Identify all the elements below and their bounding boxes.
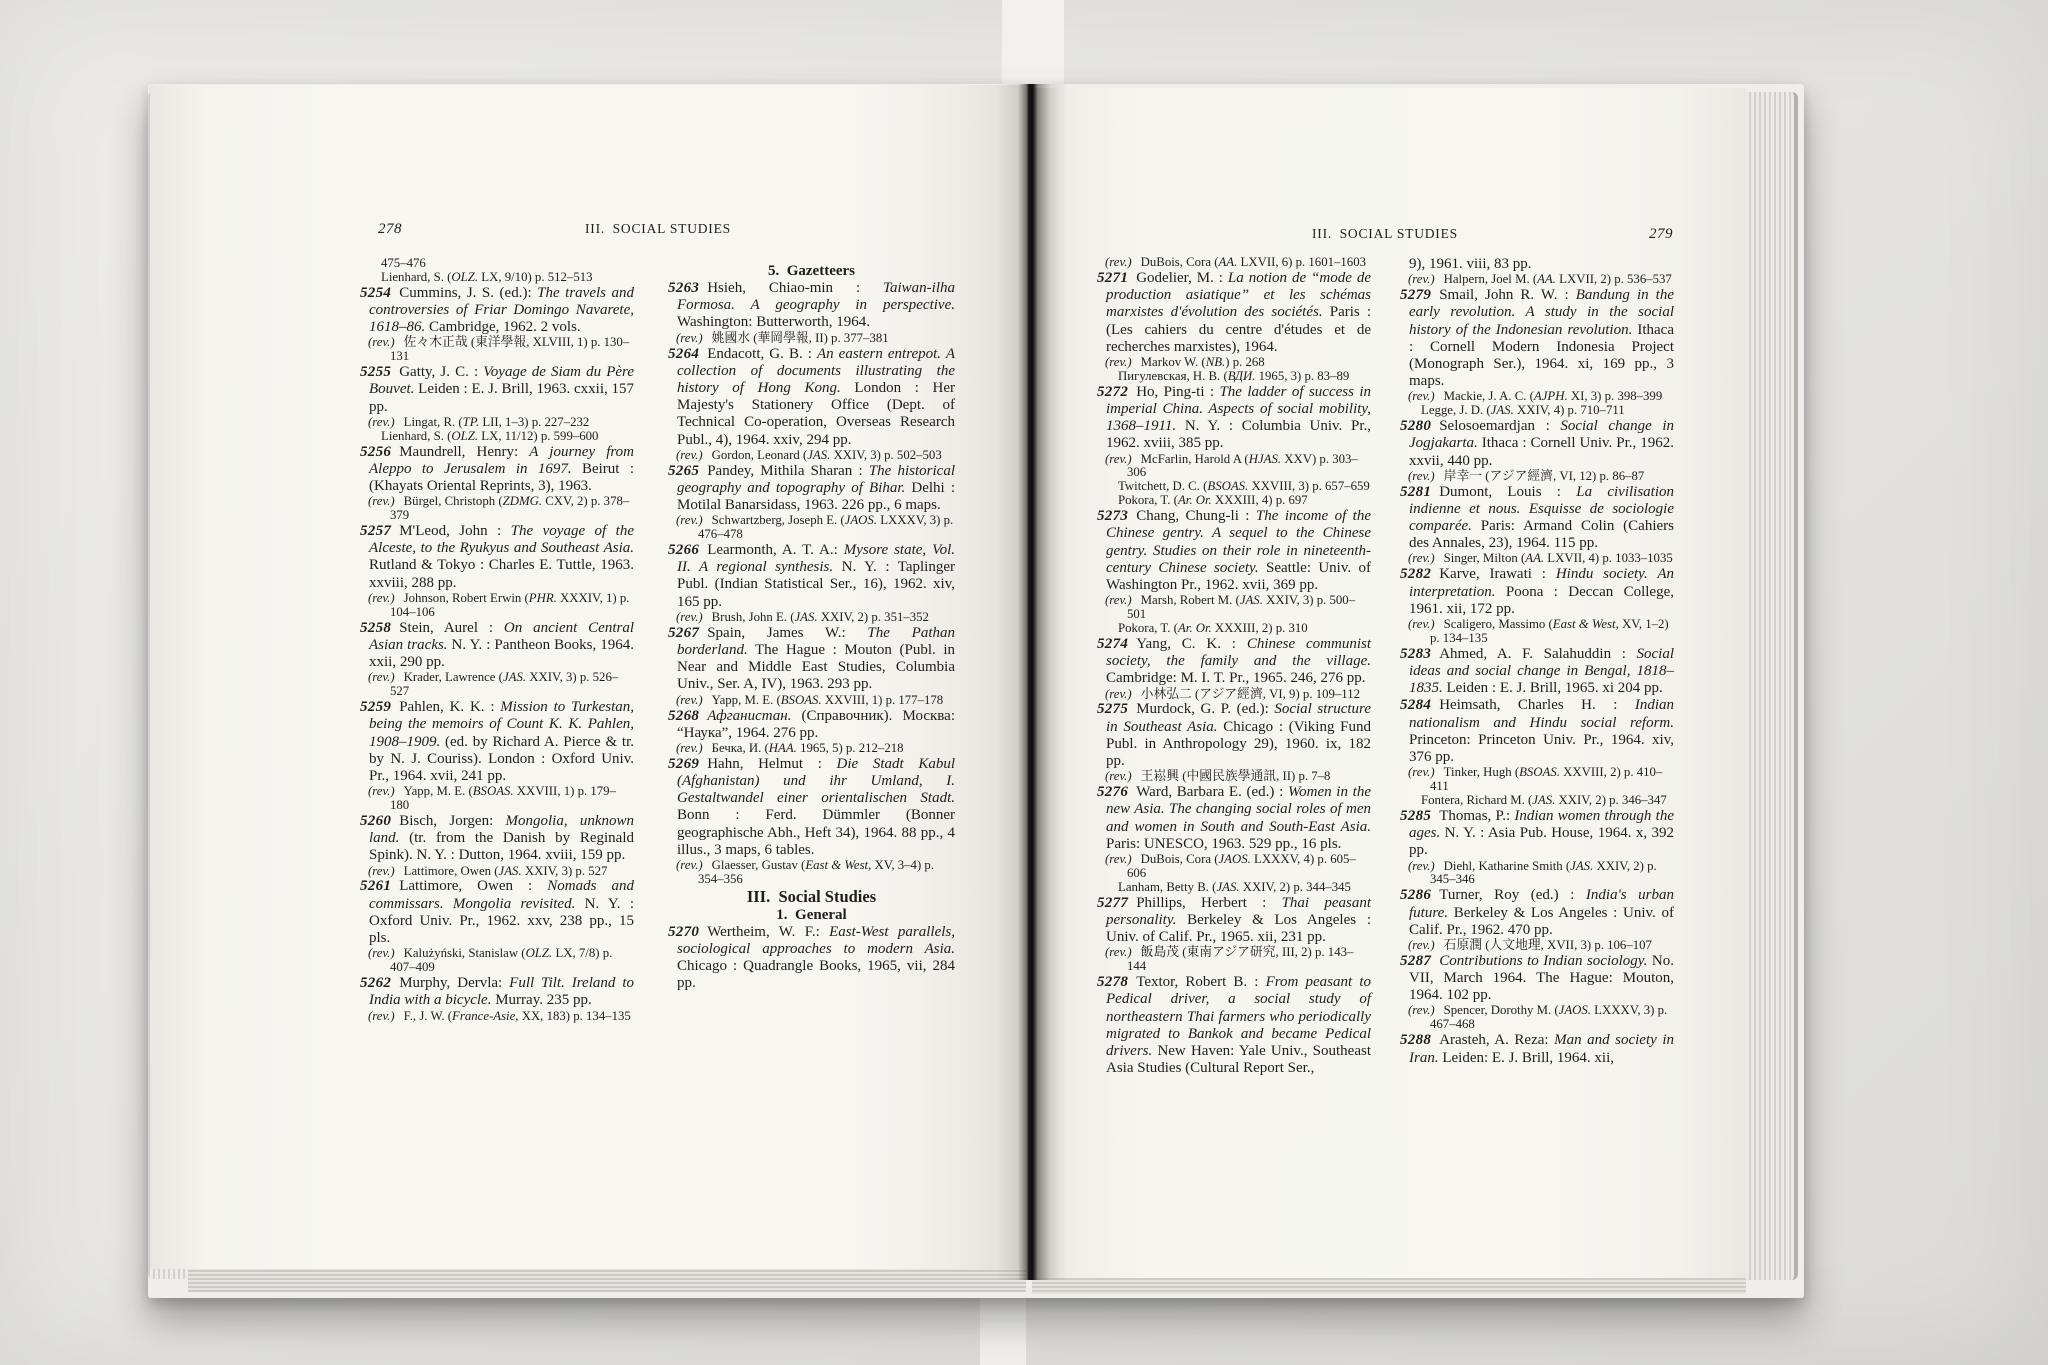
running-head: III. SOCIAL STUDIES (1097, 226, 1673, 242)
review-tag: (rev.) (1408, 938, 1435, 952)
review-line: (rev.)Spencer, Dorothy M. (JAOS. LXXXV, … (1400, 1004, 1674, 1032)
text-run: (tr. from the Danish by Reginald Spink).… (369, 830, 634, 863)
page-edge-stack-bottom-left (188, 1268, 1026, 1292)
italic-text: JAS. (1532, 793, 1555, 807)
bib-entry-5283: 5283Ahmed, A. F. Salahuddin : Social ide… (1400, 646, 1674, 698)
bib-entry-5266: 5266Learmonth, A. T. A.: Mysore state, V… (668, 542, 955, 611)
text-run: Diehl, Katharine Smith ( (1444, 859, 1571, 873)
bib-entry-5273: 5273Chang, Chung-li : The income of the … (1097, 508, 1371, 594)
text-run: Kalużyński, Stanislaw ( (404, 946, 526, 960)
entry-number: 5263 (668, 280, 699, 296)
entry-number: 5274 (1097, 636, 1128, 652)
review-line: (rev.)McFarlin, Harold A (HJAS. XXV) p. … (1097, 453, 1371, 481)
entry-number: 5260 (360, 813, 391, 829)
entry-number: 5275 (1097, 701, 1128, 717)
entry-number: 5277 (1097, 895, 1128, 911)
text-run: Heimsath, Charles H. : (1439, 697, 1635, 713)
italic-text: JAS. (503, 670, 526, 684)
book-photo: 278 III. SOCIAL STUDIES 475–476Lienhard,… (0, 0, 2048, 1365)
text-run: Princeton: Princeton Univ. Pr., 1964. xi… (1409, 732, 1674, 765)
italic-text: TP. (463, 415, 479, 429)
text-run: Mackie, J. A. C. ( (1444, 389, 1534, 403)
text-run: 5. Gazetteers (768, 263, 855, 279)
review-line: (rev.)Mackie, J. A. C. (AJPH. XI, 3) p. … (1400, 390, 1674, 404)
text-run: 飯島茂 (東南アジア研究, III, 2) p. 143–144 (1127, 945, 1353, 973)
text-run: Karve, Irawati : (1439, 566, 1556, 582)
review-line: Lienhard, S. (OLZ. LX, 9/10) p. 512–513 (360, 271, 634, 285)
bib-entry-5288: 5288Arasteh, A. Reza: Man and society in… (1400, 1032, 1674, 1066)
review-line: (rev.)F., J. W. (France-Asie, XX, 183) p… (360, 1010, 634, 1024)
text-run: Godelier, M. : (1136, 270, 1228, 286)
review-line: Fontera, Richard M. (JAS. XXIV, 2) p. 34… (1400, 794, 1674, 808)
review-line: (rev.)Marsh, Robert M. (JAS. XXIV, 3) p.… (1097, 594, 1371, 622)
page-edge-stack-bottom-right (1032, 1276, 1746, 1294)
bib-entry-5267: 5267Spain, James W.: The Pathan borderla… (668, 625, 955, 694)
text-run: Wertheim, W. F.: (707, 924, 829, 940)
open-book: 278 III. SOCIAL STUDIES 475–476Lienhard,… (148, 84, 1804, 1298)
review-line: 475–476 (360, 257, 634, 271)
right-page-column-2: 9), 1961. viii, 83 pp.(rev.)Halpern, Joe… (1400, 256, 1674, 1067)
text-run: Bisch, Jorgen: (399, 813, 505, 829)
text-run: Leiden: E. J. Brill, 1964. xii, (1439, 1050, 1614, 1066)
text-run: Murphy, Dervla: (399, 975, 509, 991)
text-run: Ahmed, A. F. Salahuddin : (1439, 646, 1636, 662)
bib-entry-5287: 5287Contributions to Indian sociology. N… (1400, 953, 1674, 1005)
text-run: Fontera, Richard M. ( (1421, 793, 1532, 807)
review-line: Пигулевская, Н. В. (ВДИ. 1965, 3) p. 83–… (1097, 370, 1371, 384)
bib-entry-5257: 5257M'Leod, John : The voyage of the Alc… (360, 523, 634, 592)
review-tag: (rev.) (676, 513, 703, 527)
text-run: XX, 183) p. 134–135 (519, 1009, 631, 1023)
review-tag: (rev.) (676, 741, 703, 755)
text-run: Maundrell, Henry: (399, 444, 529, 460)
text-run: DuBois, Cora ( (1141, 255, 1219, 269)
text-run: LXVII, 4) p. 1033–1035 (1544, 551, 1673, 565)
text-run: Schwartzberg, Joseph E. ( (712, 513, 845, 527)
review-line: (rev.)DuBois, Cora (JAOS. LXXXV, 4) p. 6… (1097, 853, 1371, 881)
text-run: 小林弘二 (アジア經濟, VI, 9) p. 109–112 (1141, 687, 1360, 701)
review-line: (rev.)Singer, Milton (AA. LXVII, 4) p. 1… (1400, 552, 1674, 566)
entry-number: 5288 (1400, 1032, 1431, 1048)
text-run: Singer, Milton ( (1444, 551, 1526, 565)
text-run: Scaligero, Massimo ( (1444, 617, 1553, 631)
review-line: Pokora, T. (Ar. Or. XXXIII, 4) p. 697 (1097, 494, 1371, 508)
entry-number: 5286 (1400, 887, 1431, 903)
text-run: Yang, C. K. : (1136, 636, 1247, 652)
text-run: Chicago : Quadrangle Books, 1965, vii, 2… (677, 958, 955, 991)
text-run: XXIV, 2) p. 351–352 (818, 610, 929, 624)
entry-number: 5287 (1400, 953, 1431, 969)
text-run: Glaesser, Gustav ( (712, 858, 806, 872)
text-run: Hahn, Helmut : (707, 756, 836, 772)
entry-number: 5267 (668, 625, 699, 641)
text-run: Hsieh, Chiao-min : (707, 280, 883, 296)
text-run: Washington: Butterworth, 1964. (677, 314, 870, 330)
text-run: Halpern, Joel M. ( (1444, 272, 1537, 286)
bib-entry-5258: 5258Stein, Aurel : On ancient Central As… (360, 620, 634, 672)
review-line: (rev.)Yapp, M. E. (BSOAS. XXVIII, 1) p. … (668, 694, 955, 708)
italic-text: OLZ. (451, 429, 478, 443)
text-run: Бечка, И. ( (712, 741, 769, 755)
review-line: (rev.)姚國水 (華岡學報, II) p. 377–381 (668, 332, 955, 346)
text-run: Chang, Chung-li : (1136, 508, 1256, 524)
review-line: (rev.)Markov W. (NB.) p. 268 (1097, 356, 1371, 370)
text-run: XXXIII, 2) p. 310 (1212, 621, 1308, 635)
review-line: (rev.)Kalużyński, Stanislaw (OLZ. LX, 7/… (360, 947, 634, 975)
text-run: XXIV, 2) p. 344–345 (1240, 880, 1351, 894)
subsection-heading: 1. General (668, 907, 955, 924)
review-line: Pokora, T. (Ar. Or. XXXIII, 2) p. 310 (1097, 622, 1371, 636)
entry-number: 5265 (668, 463, 699, 479)
review-tag: (rev.) (1408, 765, 1435, 779)
review-line: (rev.)Johnson, Robert Erwin (PHR. XXXIV,… (360, 592, 634, 620)
text-run: Gatty, J. C. : (399, 364, 483, 380)
text-run: Lienhard, S. ( (381, 270, 451, 284)
text-run: LII, 1–3) p. 227–232 (479, 415, 589, 429)
italic-text: JAS. (794, 610, 817, 624)
italic-text: OLZ. (451, 270, 478, 284)
review-tag: (rev.) (676, 331, 703, 345)
page-edge-stack-right (1746, 92, 1798, 1280)
text-run: 475–476 (381, 256, 426, 270)
bib-entry-5271: 5271Godelier, M. : La notion de “mode de… (1097, 270, 1371, 356)
review-line: Lanham, Betty B. (JAS. XXIV, 2) p. 344–3… (1097, 881, 1371, 895)
bib-entry-5272: 5272Ho, Ping-ti : The ladder of success … (1097, 384, 1371, 453)
italic-text: NB. (1206, 355, 1226, 369)
bib-entry-5281: 5281Dumont, Louis : La civilisation indi… (1400, 484, 1674, 553)
entry-number: 5273 (1097, 508, 1128, 524)
text-run: XXIV, 4) p. 710–711 (1514, 403, 1625, 417)
text-run: Pandey, Mithila Sharan : (707, 463, 869, 479)
review-tag: (rev.) (676, 448, 703, 462)
text-run: DuBois, Cora ( (1141, 852, 1219, 866)
review-line: (rev.)小林弘二 (アジア經濟, VI, 9) p. 109–112 (1097, 688, 1371, 702)
review-line: (rev.)Gordon, Leonard (JAS. XXIV, 3) p. … (668, 449, 955, 463)
entry-number: 5262 (360, 975, 391, 991)
review-tag: (rev.) (368, 1009, 395, 1023)
bib-entry-5256: 5256Maundrell, Henry: A journey from Ale… (360, 444, 634, 496)
bib-entry-5269: 5269Hahn, Helmut : Die Stadt Kabul (Afgh… (668, 756, 955, 859)
entry-number: 5276 (1097, 784, 1128, 800)
review-tag: (rev.) (1105, 452, 1132, 466)
review-line: (rev.)王崧興 (中國民族學通訊, II) p. 7–8 (1097, 770, 1371, 784)
text-run: XI, 3) p. 398–399 (1568, 389, 1663, 403)
bib-entry-5278: 5278Textor, Robert B. : From peasant to … (1097, 974, 1371, 1077)
entry-number: 5281 (1400, 484, 1431, 500)
italic-text: Ar. Or. (1178, 621, 1212, 635)
review-line: (rev.)飯島茂 (東南アジア研究, III, 2) p. 143–144 (1097, 946, 1371, 974)
bib-entry-5260: 5260Bisch, Jorgen: Mongolia, unknown lan… (360, 813, 634, 865)
text-run: 岸幸一 (アジア經濟, VI, 12) p. 86–87 (1444, 469, 1645, 483)
italic-text: AA. (1525, 551, 1544, 565)
text-run: Gordon, Leonard ( (712, 448, 808, 462)
text-run: XXVIII, 3) p. 657–659 (1248, 479, 1370, 493)
text-run: Turner, Roy (ed.) : (1439, 887, 1586, 903)
text-run: 1965, 5) p. 212–218 (797, 741, 904, 755)
entry-number: 5254 (360, 285, 391, 301)
review-tag: (rev.) (1408, 272, 1435, 286)
review-line: Lienhard, S. (OLZ. LX, 11/12) p. 599–600 (360, 430, 634, 444)
review-line: (rev.)DuBois, Cora (AA. LXVII, 6) p. 160… (1097, 256, 1371, 270)
page-left: 278 III. SOCIAL STUDIES 475–476Lienhard,… (150, 85, 1026, 1269)
italic-text: PHR. (529, 591, 557, 605)
italic-text: AA. (1218, 255, 1237, 269)
entry-number: 5256 (360, 444, 391, 460)
review-line: (rev.)佐々木正哉 (東洋學報, XLVIII, 1) p. 130–131 (360, 336, 634, 364)
text-run: Learmonth, A. T. A.: (707, 542, 844, 558)
text-run: Cambridge, 1962. 2 vols. (425, 319, 580, 335)
text-run: Ward, Barbara E. (ed.) : (1136, 784, 1288, 800)
text-run: Endacott, G. B. : (707, 346, 817, 362)
text-run: 1965, 3) p. 83–89 (1255, 369, 1349, 383)
text-run: 1. General (776, 907, 846, 923)
review-line: (rev.)Lattimore, Owen (JAS. XXIV, 3) p. … (360, 865, 634, 879)
bib-entry-5285: 5285Thomas, P.: Indian women through the… (1400, 808, 1674, 860)
italic-text: JAS. (1491, 403, 1514, 417)
text-run: 姚國水 (華岡學報, II) p. 377–381 (712, 331, 889, 345)
text-run: M'Leod, John : (399, 523, 510, 539)
review-line: (rev.)石原潤 (人文地理, XVII, 3) p. 106–107 (1400, 939, 1674, 953)
text-run: Lienhard, S. ( (381, 429, 451, 443)
text-run: LXVII, 2) p. 536–537 (1556, 272, 1672, 286)
text-run: Phillips, Herbert : (1136, 895, 1281, 911)
text-run: Smail, John R. W. : (1439, 287, 1576, 303)
text-run: Murray. 235 pp. (491, 992, 591, 1008)
text-run: McFarlin, Harold A ( (1141, 452, 1249, 466)
text-run: F., J. W. ( (404, 1009, 452, 1023)
review-line: Twitchett, D. C. (BSOAS. XXVIII, 3) p. 6… (1097, 480, 1371, 494)
bib-entry-5264: 5264Endacott, G. B. : An eastern entrepo… (668, 346, 955, 449)
text-run: 石原潤 (人文地理, XVII, 3) p. 106–107 (1444, 938, 1652, 952)
text-run: Lattimore, Owen ( (404, 864, 499, 878)
review-tag: (rev.) (368, 415, 395, 429)
review-tag: (rev.) (368, 784, 395, 798)
review-tag: (rev.) (1105, 687, 1132, 701)
italic-text: JAS. (807, 448, 830, 462)
bib-entry-5261: 5261Lattimore, Owen : Nomads and commiss… (360, 878, 634, 947)
text-run: Leiden : E. J. Brill, 1965. xi 204 pp. (1443, 680, 1663, 696)
text-run: 佐々木正哉 (東洋學報, XLVIII, 1) p. 130–131 (390, 335, 629, 363)
bib-entry-5276: 5276Ward, Barbara E. (ed.) : Women in th… (1097, 784, 1371, 853)
entry-number: 5264 (668, 346, 699, 362)
bib-entry-5254: 5254Cummins, J. S. (ed.): The travels an… (360, 285, 634, 337)
review-line: (rev.)Scaligero, Massimo (East & West, X… (1400, 618, 1674, 646)
text-run: 9), 1961. viii, 83 pp. (1409, 256, 1532, 272)
entry-number: 5257 (360, 523, 391, 539)
review-line: (rev.)Glaesser, Gustav (East & West, XV,… (668, 859, 955, 887)
italic-text: JAS. (1216, 880, 1239, 894)
italic-text: OLZ. (526, 946, 553, 960)
paper-strip-bottom (980, 1290, 1026, 1365)
book-spine-gutter (996, 84, 1068, 1280)
text-run: LXVII, 6) p. 1601–1603 (1237, 255, 1366, 269)
italic-text: BSOAS. (1207, 479, 1248, 493)
entry-number: 5271 (1097, 270, 1128, 286)
text-run: Pokora, T. ( (1118, 621, 1178, 635)
review-line: (rev.)Yapp, M. E. (BSOAS. XXVIII, 1) p. … (360, 785, 634, 813)
review-tag: (rev.) (1408, 389, 1435, 403)
review-line: (rev.)Бечка, И. (HAA. 1965, 5) p. 212–21… (668, 742, 955, 756)
review-line: (rev.)Brush, John E. (JAS. XXIV, 2) p. 3… (668, 611, 955, 625)
italic-text: Ar. Or. (1178, 493, 1212, 507)
left-page-column-1: 475–476Lienhard, S. (OLZ. LX, 9/10) p. 5… (360, 257, 634, 1023)
text-run: Cambridge: M. I. T. Pr., 1965. 246, 276 … (1106, 670, 1365, 686)
italic-text: HJAS. (1249, 452, 1281, 466)
italic-text: Contributions to Indian sociology. (1439, 953, 1647, 969)
entry-number: 5279 (1400, 287, 1431, 303)
text-run: Spain, James W.: (707, 625, 867, 641)
entry-number: 5278 (1097, 974, 1128, 990)
text-run: III. Social Studies (747, 887, 876, 906)
bib-entry-5268: 5268Афганистан. (Справочник). Москва: “Н… (668, 708, 955, 742)
review-tag: (rev.) (1408, 617, 1435, 631)
entry-number: 5283 (1400, 646, 1431, 662)
bib-entry-5255: 5255Gatty, J. C. : Voyage de Siam du Pèr… (360, 364, 634, 416)
text-run: Rutland & Tokyo : Charles E. Tuttle, 196… (369, 557, 634, 590)
text-run: Cummins, J. S. (ed.): (399, 285, 537, 301)
text-run: Pokora, T. ( (1118, 493, 1178, 507)
bib-entry-5280: 5280Selosoemardjan : Social change in Jo… (1400, 418, 1674, 470)
section-heading: III. Social Studies (668, 887, 955, 907)
subsection-heading: 5. Gazetteers (668, 263, 955, 280)
entry-number: 5266 (668, 542, 699, 558)
text-run: Arasteh, A. Reza: (1439, 1032, 1554, 1048)
text-run: Markov W. ( (1141, 355, 1206, 369)
review-line: (rev.)Schwartzberg, Joseph E. (JAOS. LXX… (668, 514, 955, 542)
review-line: Legge, J. D. (JAS. XXIV, 4) p. 710–711 (1400, 404, 1674, 418)
review-tag: (rev.) (1408, 469, 1435, 483)
text-run: Thomas, P.: (1439, 808, 1514, 824)
text-run: XXIV, 2) p. 346–347 (1555, 793, 1666, 807)
review-tag: (rev.) (368, 335, 395, 349)
bib-entry-5270: 5270Wertheim, W. F.: East-West parallels… (668, 924, 955, 993)
italic-text: AA. (1537, 272, 1556, 286)
review-tag: (rev.) (1408, 1003, 1435, 1017)
text-run: 王崧興 (中國民族學通訊, II) p. 7–8 (1141, 769, 1331, 783)
entry-number: 5270 (668, 924, 699, 940)
italic-text: East & West, (1553, 617, 1619, 631)
review-tag: (rev.) (1408, 859, 1435, 873)
review-tag: (rev.) (1408, 551, 1435, 565)
text-run: Bürgel, Christoph ( (404, 494, 503, 508)
text-run: Ho, Ping-ti : (1136, 384, 1219, 400)
entry-number: 5269 (668, 756, 699, 772)
bib-entry-5275: 5275Murdock, G. P. (ed.): Social structu… (1097, 701, 1371, 770)
page-number: 279 (1608, 226, 1673, 243)
entry-number: 5261 (360, 878, 391, 894)
text-run: XXVIII, 1) p. 177–178 (822, 693, 944, 707)
text-run: XXIV, 3) p. 502–503 (830, 448, 941, 462)
text-run: LX, 11/12) p. 599–600 (478, 429, 598, 443)
review-line: (rev.)Halpern, Joel M. (AA. LXVII, 2) p.… (1400, 273, 1674, 287)
text-run: Krader, Lawrence ( (404, 670, 503, 684)
text-run: Legge, J. D. ( (1421, 403, 1491, 417)
entry-number: 5284 (1400, 697, 1431, 713)
review-tag: (rev.) (368, 494, 395, 508)
text-run: ) p. 268 (1225, 355, 1264, 369)
running-head: III. SOCIAL STUDIES (360, 221, 956, 237)
text-run: LX, 9/10) p. 512–513 (478, 270, 592, 284)
review-line: (rev.)Tinker, Hugh (BSOAS. XXVIII, 2) p.… (1400, 766, 1674, 794)
italic-text: JAOS. (845, 513, 877, 527)
text-run: Murdock, G. P. (ed.): (1136, 701, 1274, 717)
review-line: (rev.)岸幸一 (アジア經濟, VI, 12) p. 86–87 (1400, 470, 1674, 484)
entry-number: 5268 (668, 708, 699, 724)
entry-number: 5259 (360, 699, 391, 715)
bib-entry-5284: 5284Heimsath, Charles H. : Indian nation… (1400, 697, 1674, 766)
review-tag: (rev.) (1105, 355, 1132, 369)
review-tag: (rev.) (1105, 255, 1132, 269)
text-run: XXXIII, 4) p. 697 (1212, 493, 1308, 507)
text-run: Selosoemardjan : (1439, 418, 1560, 434)
italic-text: HAA. (769, 741, 797, 755)
review-tag: (rev.) (676, 610, 703, 624)
bib-entry-5262: 5262Murphy, Dervla: Full Tilt. Ireland t… (360, 975, 634, 1009)
text-run: Lingat, R. ( (404, 415, 463, 429)
text-run: N. Y. : Asia Pub. House, 1964. x, 392 pp… (1409, 825, 1674, 858)
review-line: (rev.)Diehl, Katharine Smith (JAS. XXIV,… (1400, 860, 1674, 888)
text-run: Marsh, Robert M. ( (1141, 593, 1240, 607)
review-tag: (rev.) (676, 858, 703, 872)
italic-text: BSOAS. (1519, 765, 1560, 779)
entry-number: 5255 (360, 364, 391, 380)
italic-text: ZDMG. (503, 494, 542, 508)
right-page-column-1: (rev.)DuBois, Cora (AA. LXVII, 6) p. 160… (1097, 256, 1371, 1077)
review-line: (rev.)Krader, Lawrence (JAS. XXIV, 3) p.… (360, 671, 634, 699)
text-run: Dumont, Louis : (1439, 484, 1576, 500)
bib-entry-5263: 5263Hsieh, Chiao-min : Taiwan-ilha Formo… (668, 280, 955, 332)
italic-text: East & West, (805, 858, 871, 872)
text-run: Berkeley & Los Angeles : Univ. of Calif.… (1409, 905, 1674, 938)
entry-number: 5258 (360, 620, 391, 636)
text-run: Textor, Robert B. : (1136, 974, 1265, 990)
text-run: Yapp, M. E. ( (712, 693, 781, 707)
text-run: Lattimore, Owen : (399, 878, 547, 894)
text-run: Пигулевская, Н. В. ( (1118, 369, 1228, 383)
review-line: (rev.)Lingat, R. (TP. LII, 1–3) p. 227–2… (360, 416, 634, 430)
paper-strip-top (1002, 0, 1064, 90)
entry-number: 5285 (1400, 808, 1431, 824)
italic-text: JAS. (1570, 859, 1593, 873)
text-run: Paris: UNESCO, 1963. 529 pp., 16 pls. (1106, 836, 1341, 852)
text-run: Twitchett, D. C. ( (1118, 479, 1207, 493)
text-run: Spencer, Dorothy M. ( (1444, 1003, 1559, 1017)
entry-number: 5280 (1400, 418, 1431, 434)
italic-text: Афганистан. (707, 708, 791, 724)
entry-number: 5282 (1400, 566, 1431, 582)
italic-text: JAS. (499, 864, 522, 878)
bib-entry-5274: 5274Yang, C. K. : Chinese communist soci… (1097, 636, 1371, 688)
review-tag: (rev.) (1105, 852, 1132, 866)
review-tag: (rev.) (676, 693, 703, 707)
left-page-column-2: 5. Gazetteers5263Hsieh, Chiao-min : Taiw… (668, 257, 955, 993)
text-run: Tinker, Hugh ( (1444, 765, 1519, 779)
text-run: Brush, John E. ( (712, 610, 795, 624)
text-run: Stein, Aurel : (399, 620, 504, 636)
text-run: Bonn : Ferd. Dümmler (Bonner geographisc… (677, 807, 955, 857)
text-run: Johnson, Robert Erwin ( (404, 591, 529, 605)
text-run: Lanham, Betty B. ( (1118, 880, 1216, 894)
bib-entry-5279: 5279Smail, John R. W. : Bandung in the e… (1400, 287, 1674, 390)
review-tag: (rev.) (368, 864, 395, 878)
text-run: Pahlen, K. K. : (399, 699, 500, 715)
text-run: Yapp, M. E. ( (404, 784, 473, 798)
review-tag: (rev.) (368, 946, 395, 960)
review-line: (rev.)Bürgel, Christoph (ZDMG. CXV, 2) p… (360, 495, 634, 523)
review-tag: (rev.) (1105, 593, 1132, 607)
review-tag: (rev.) (1105, 945, 1132, 959)
italic-text: JAS. (1240, 593, 1263, 607)
